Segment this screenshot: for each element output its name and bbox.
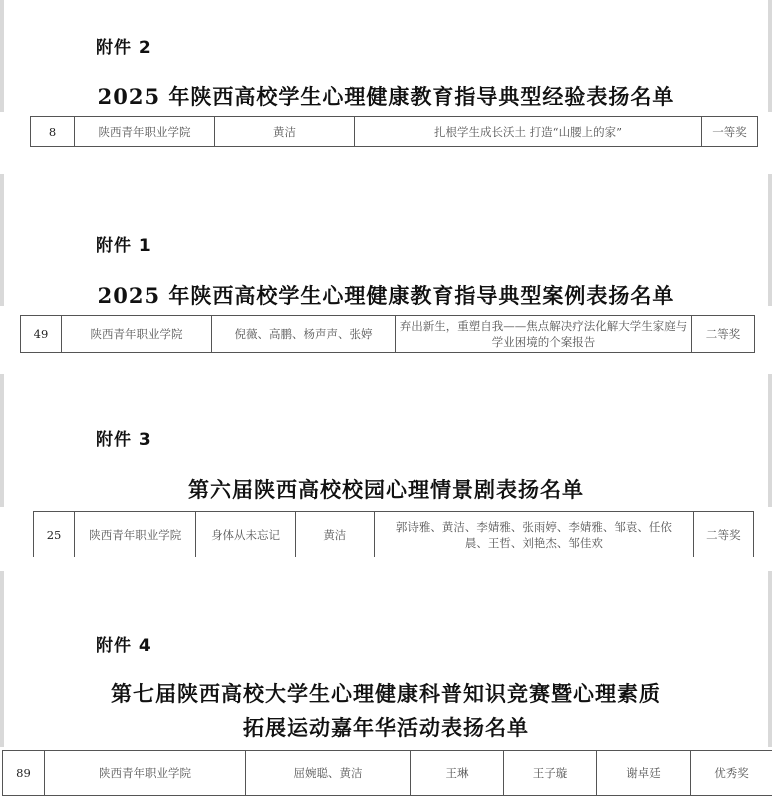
cell-member-3: 谢卓廷 [597, 751, 691, 796]
cell-director: 黄洁 [295, 512, 374, 558]
cell-index: 8 [31, 117, 75, 147]
cell-award: 二等奖 [692, 316, 755, 353]
document-title-line-1: 第七届陕西高校大学生心理健康科普知识竞赛暨心理素质 [0, 679, 772, 709]
section-attachment-3: 附件 3 第六届陕西高校校园心理情景剧表扬名单 25 陕西青年职业学院 身体从未… [0, 374, 772, 559]
cell-award: 一等奖 [702, 117, 758, 147]
document-title: 2025 年陕西高校学生心理健康教育指导典型案例表扬名单 [0, 281, 772, 311]
table-row: 89 陕西青年职业学院 屈婉聪、黄洁 王琳 王子璇 谢卓廷 优秀奖 [3, 751, 772, 796]
cell-index: 89 [3, 751, 45, 796]
table-row: 8 陕西青年职业学院 黄洁 扎根学生成长沃土 打造“山腰上的家” 一等奖 [31, 117, 758, 147]
cell-member-2: 王子璇 [504, 751, 597, 796]
award-table: 8 陕西青年职业学院 黄洁 扎根学生成长沃土 打造“山腰上的家” 一等奖 [30, 116, 758, 147]
cell-author: 黄洁 [215, 117, 355, 147]
cell-member-1: 王琳 [411, 751, 504, 796]
cell-case-title: 弃出新生，重塑自我——焦点解决疗法化解大学生家庭与学业困境的个案报告 [396, 316, 692, 353]
cell-cast: 郭诗雅、黄洁、李婧雅、张雨婷、李婧雅、邹袁、任依晨、王哲、刘艳杰、邹佳欢 [374, 512, 693, 558]
cell-school: 陕西青年职业学院 [62, 316, 212, 353]
cell-authors: 倪薇、高鹏、杨声声、张婷 [212, 316, 396, 353]
table-row: 49 陕西青年职业学院 倪薇、高鹏、杨声声、张婷 弃出新生，重塑自我——焦点解决… [21, 316, 755, 353]
cell-project-title: 扎根学生成长沃土 打造“山腰上的家” [355, 117, 702, 147]
cell-index: 25 [34, 512, 75, 558]
attachment-label: 附件 4 [96, 631, 152, 656]
cell-school: 陕西青年职业学院 [75, 512, 196, 558]
cell-instructors: 屈婉聪、黄洁 [246, 751, 411, 796]
cell-play-title: 身体从未忘记 [196, 512, 295, 558]
section-attachment-2: 附件 2 2025 年陕西高校学生心理健康教育指导典型经验表扬名单 8 陕西青年… [0, 0, 772, 160]
award-table: 89 陕西青年职业学院 屈婉聪、黄洁 王琳 王子璇 谢卓廷 优秀奖 [2, 750, 772, 796]
document-title-line-2: 拓展运动嘉年华活动表扬名单 [0, 713, 772, 743]
document-title: 第六届陕西高校校园心理情景剧表扬名单 [0, 475, 772, 505]
award-table: 25 陕西青年职业学院 身体从未忘记 黄洁 郭诗雅、黄洁、李婧雅、张雨婷、李婧雅… [33, 511, 754, 557]
section-attachment-4: 附件 4 第七届陕西高校大学生心理健康科普知识竞赛暨心理素质 拓展运动嘉年华活动… [0, 571, 772, 799]
cell-school: 陕西青年职业学院 [75, 117, 215, 147]
attachment-label: 附件 2 [96, 33, 152, 58]
cell-index: 49 [21, 316, 62, 353]
cell-school: 陕西青年职业学院 [45, 751, 246, 796]
section-attachment-1: 附件 1 2025 年陕西高校学生心理健康教育指导典型案例表扬名单 49 陕西青… [0, 174, 772, 354]
attachment-label: 附件 3 [96, 425, 152, 450]
cell-award: 二等奖 [693, 512, 753, 558]
award-table: 49 陕西青年职业学院 倪薇、高鹏、杨声声、张婷 弃出新生，重塑自我——焦点解决… [20, 315, 755, 353]
document-title: 2025 年陕西高校学生心理健康教育指导典型经验表扬名单 [0, 82, 772, 112]
table-row: 25 陕西青年职业学院 身体从未忘记 黄洁 郭诗雅、黄洁、李婧雅、张雨婷、李婧雅… [34, 512, 754, 558]
attachment-label: 附件 1 [96, 231, 152, 256]
cell-award: 优秀奖 [691, 751, 772, 796]
